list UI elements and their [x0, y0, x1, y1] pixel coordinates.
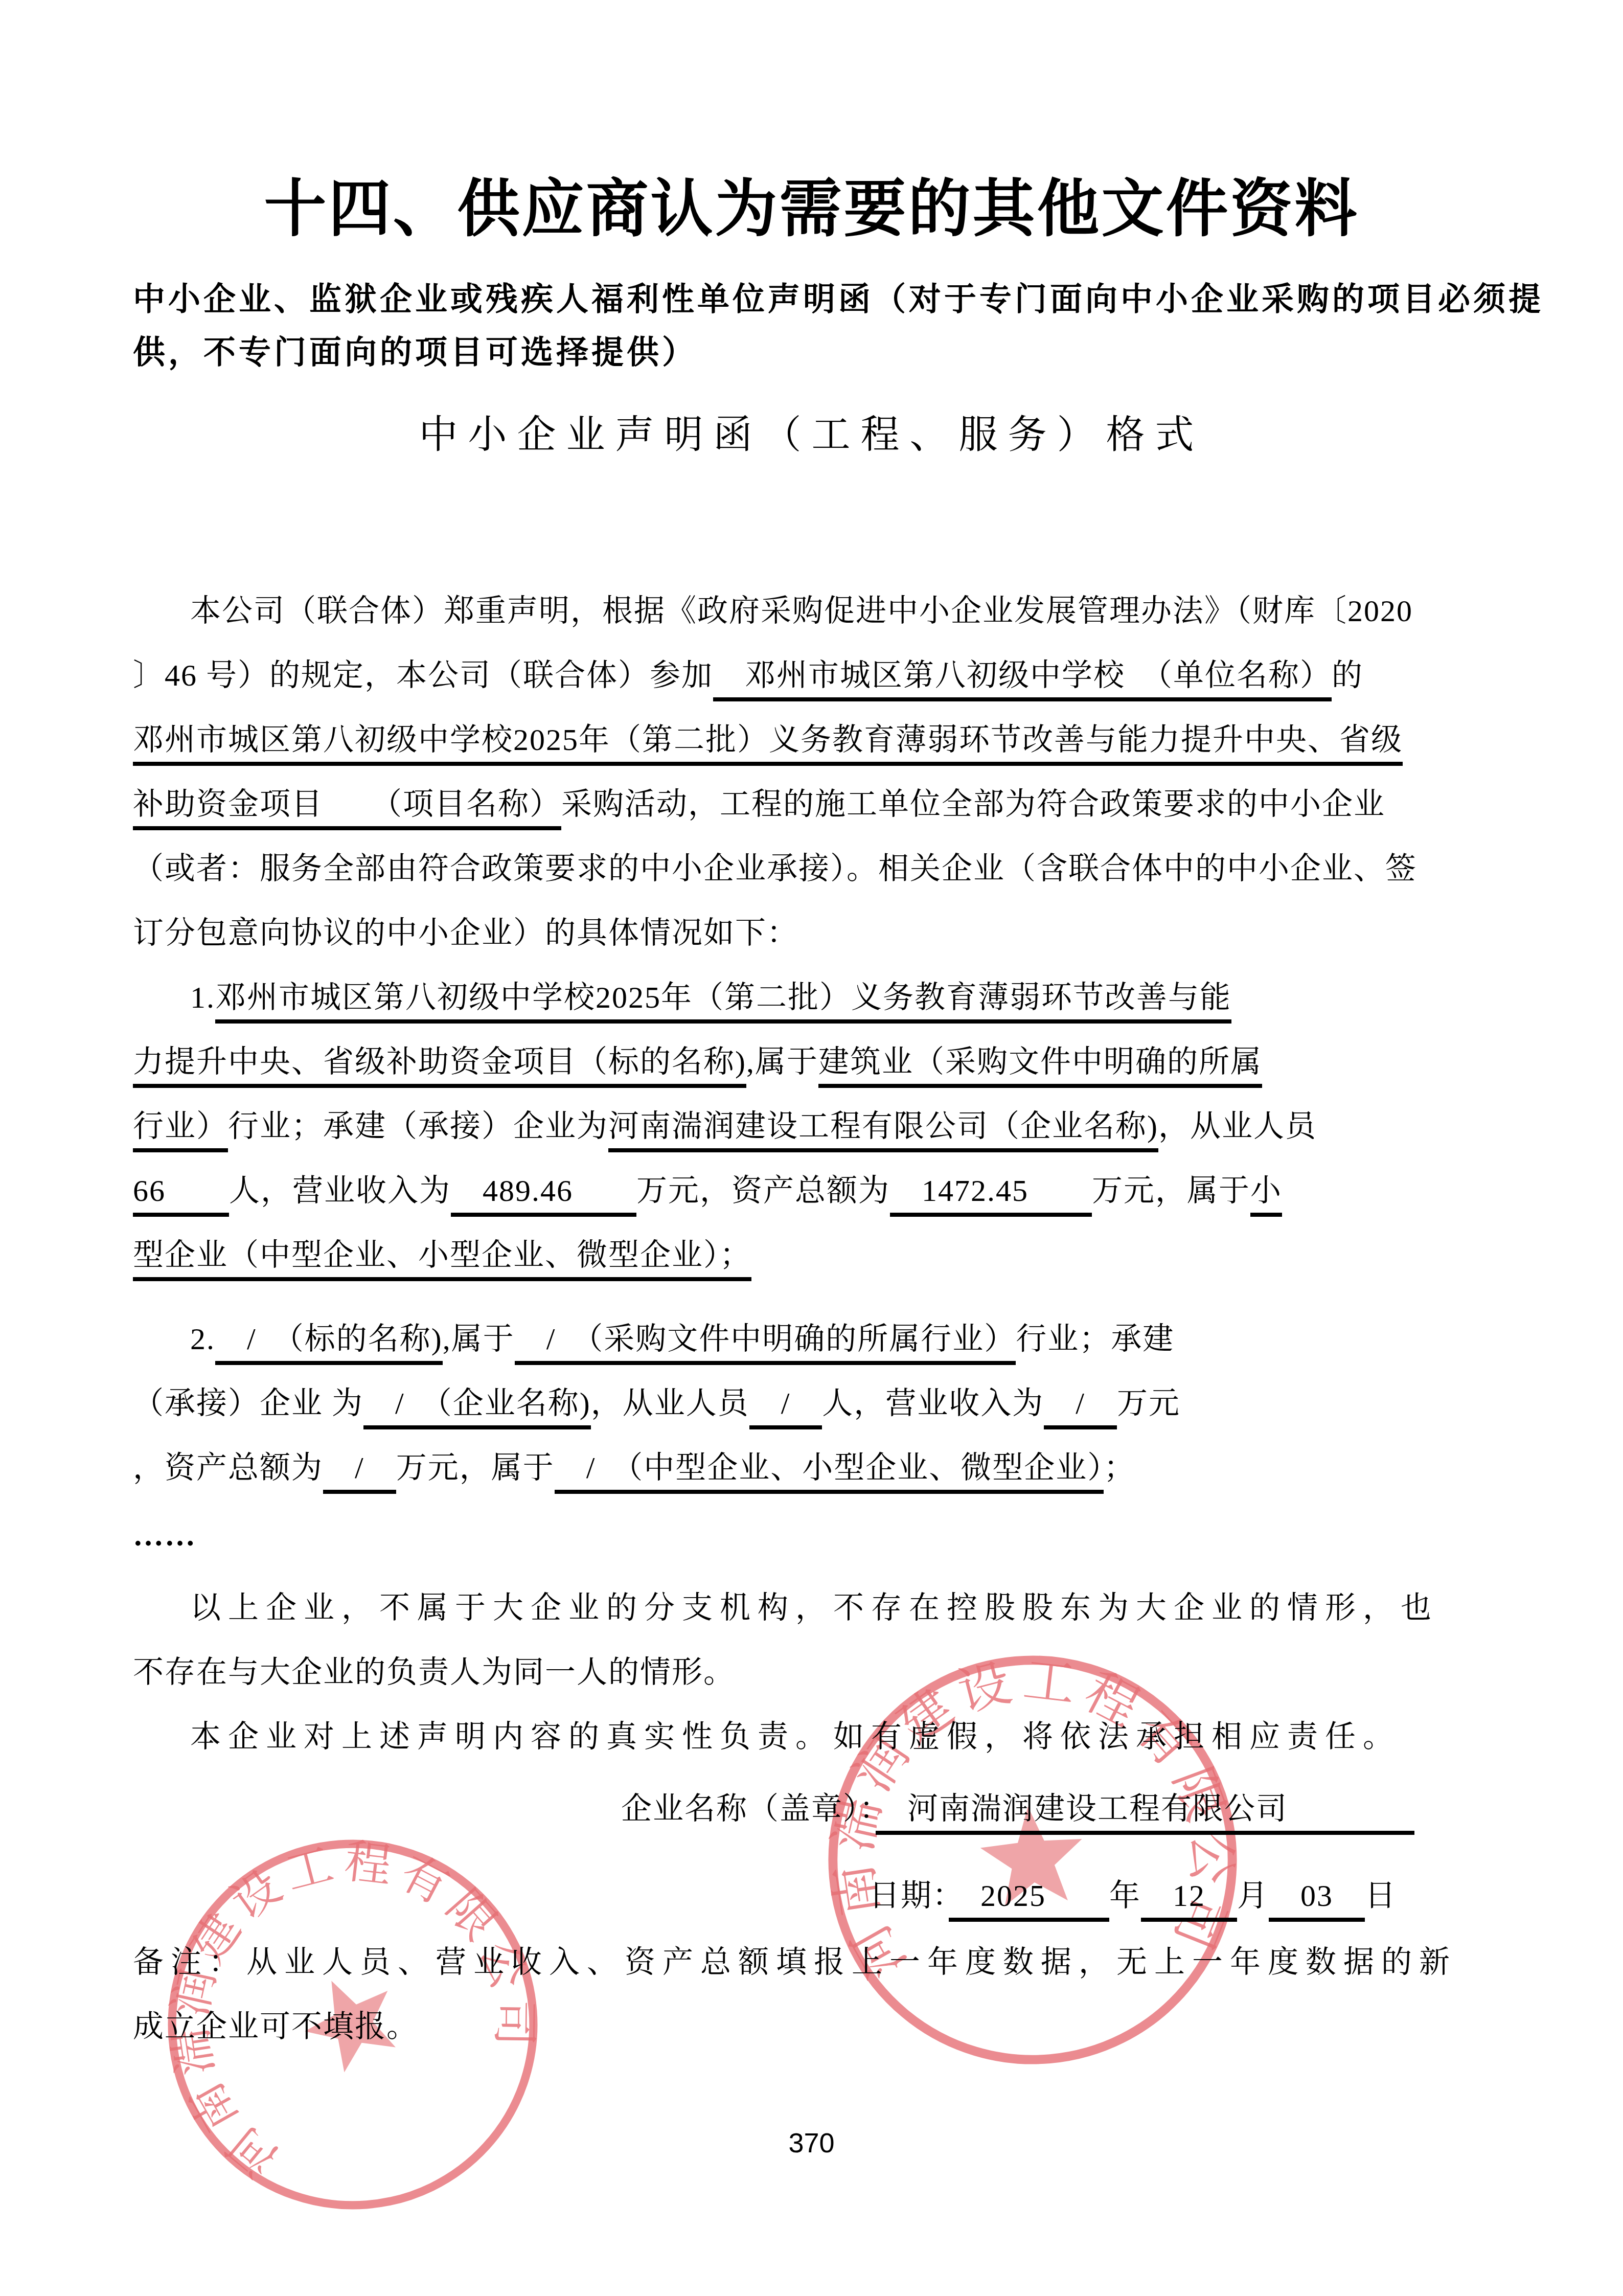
- star-icon: [977, 1802, 1087, 1908]
- text-run: 的: [1332, 658, 1363, 692]
- subtitle-block: 中小企业、监狱企业或残疾人福利性单位声明函（对于专门面向中小企业采购的项目必须提…: [133, 272, 1493, 379]
- filled-blank: 邓州市城区第八初级中学校2025年（第二批）义务教育薄弱环节改善与能力提升中央、…: [133, 723, 1403, 766]
- paragraph-item-1: 1.邓州市城区第八初级中学校2025年（第二批）义务教育薄弱环节改善与能力提升中…: [133, 965, 1493, 1287]
- filled-blank: 邓州市城区第八初级中学校2025年（第二批）义务教育薄弱环节改善与能: [215, 981, 1231, 1024]
- paragraph-declaration: 本公司（联合体）郑重声明，根据《政府采购促进中小企业发展管理办法》（财库〔202…: [133, 579, 1493, 965]
- filled-blank: /: [323, 1451, 396, 1494]
- text-line: ……: [133, 1503, 1493, 1567]
- text-run: ,属于: [746, 1045, 818, 1079]
- text-run: 本公司（联合体）郑重声明，根据《政府采购促进中小企业发展管理办法》（财库〔202…: [190, 594, 1413, 628]
- filled-blank: / （中型企业、小型企业、微型企业）: [555, 1451, 1104, 1494]
- text-line: 型企业（中型企业、小型企业、微型企业）；: [133, 1223, 1493, 1287]
- text-run: 1.: [190, 981, 215, 1014]
- subtitle-line-1: 中小企业、监狱企业或残疾人福利性单位声明函（对于专门面向中小企业采购的项目必须提: [133, 272, 1493, 326]
- filled-blank: 建筑业（采购文件中明确的所属: [818, 1045, 1262, 1088]
- ellipsis-line: ……: [133, 1503, 1493, 1567]
- text-run: 日: [1365, 1879, 1397, 1913]
- text-line: 2. / （标的名称),属于 / （采购文件中明确的所属行业）行业；承建: [133, 1307, 1493, 1371]
- document-page: 十四、供应商认为需要的其他文件资料 中小企业、监狱企业或残疾人福利性单位声明函（…: [0, 0, 1623, 2296]
- text-line: 以上企业，不属于大企业的分支机构，不存在控股股东为大企业的情形，也: [133, 1576, 1493, 1640]
- filled-blank: 型企业（中型企业、小型企业、微型企业）；: [133, 1238, 751, 1281]
- filled-blank: 行业）: [133, 1109, 228, 1152]
- text-line: 本公司（联合体）郑重声明，根据《政府采购促进中小企业发展管理办法》（财库〔202…: [133, 579, 1493, 643]
- filled-blank: 邓州市城区第八初级中学校 （单位名称）: [713, 658, 1332, 701]
- text-line: 补助资金项目 （项目名称）采购活动，工程的施工单位全部为符合政策要求的中小企业: [133, 772, 1493, 836]
- text-run: ，从业人员: [591, 1386, 749, 1420]
- paragraph-item-2: 2. / （标的名称),属于 / （采购文件中明确的所属行业）行业；承建（承接）…: [133, 1307, 1493, 1500]
- text-run: ，资产总额为: [133, 1451, 323, 1485]
- text-run: （或者：服务全部由符合政策要求的中小企业承接）。相关企业（含联合体中的中小企业、…: [133, 852, 1417, 885]
- text-line: 行业）行业；承建（承接）企业为河南湍润建设工程有限公司（企业名称)，从业人员: [133, 1094, 1493, 1158]
- text-line: 订分包意向协议的中小企业）的具体情况如下：: [133, 901, 1493, 965]
- text-run: ，从业人员: [1158, 1109, 1317, 1143]
- text-line: 1.邓州市城区第八初级中学校2025年（第二批）义务教育薄弱环节改善与能: [133, 965, 1493, 1030]
- text-line: ，资产总额为 / 万元，属于 / （中型企业、小型企业、微型企业）；: [133, 1436, 1493, 1500]
- form-title: 中小企业声明函（工程、服务）格式: [0, 407, 1623, 463]
- subtitle-line-2: 供，不专门面向的项目可选择提供）: [133, 326, 1493, 379]
- filled-blank: / （企业名称): [363, 1386, 591, 1429]
- filled-blank: 03: [1269, 1879, 1365, 1922]
- text-run: 〕46 号）的规定，本公司（联合体）参加: [133, 658, 713, 692]
- filled-blank: 小: [1250, 1174, 1282, 1217]
- text-run: 订分包意向协议的中小企业）的具体情况如下：: [133, 916, 798, 950]
- text-line: （承接）企业 为 / （企业名称)，从业人员 / 人，营业收入为 / 万元: [133, 1371, 1493, 1436]
- filled-blank: 66: [133, 1174, 229, 1217]
- text-run: （承接）企业 为: [133, 1386, 363, 1420]
- filled-blank: / （标的名称): [215, 1322, 443, 1365]
- page-number: 370: [0, 2128, 1623, 2158]
- text-run: 以上企业，不属于大企业的分支机构，不存在控股股东为大企业的情形，也: [190, 1591, 1438, 1625]
- text-line: 力提升中央、省级补助资金项目（标的名称),属于建筑业（采购文件中明确的所属: [133, 1030, 1493, 1094]
- text-run: ……: [133, 1518, 196, 1552]
- section-title: 十四、供应商认为需要的其他文件资料: [0, 169, 1623, 251]
- company-seal-stamp: 河南湍润建设工程有限公司: [800, 1627, 1265, 2093]
- filled-blank: 力提升中央、省级补助资金项目（标的名称): [133, 1045, 746, 1088]
- text-run: 万元，资产总额为: [636, 1174, 890, 1208]
- text-line: 邓州市城区第八初级中学校2025年（第二批）义务教育薄弱环节改善与能力提升中央、…: [133, 708, 1493, 772]
- filled-blank: 补助资金项目 （项目名称）: [133, 787, 561, 830]
- filled-blank: / （采购文件中明确的所属行业）: [515, 1322, 1016, 1365]
- filled-blank: 489.46: [451, 1174, 636, 1217]
- filled-blank: 河南湍润建设工程有限公司（企业名称): [608, 1109, 1158, 1152]
- text-line: 〕46 号）的规定，本公司（联合体）参加 邓州市城区第八初级中学校 （单位名称）…: [133, 643, 1493, 708]
- text-line: （或者：服务全部由符合政策要求的中小企业承接）。相关企业（含联合体中的中小企业、…: [133, 836, 1493, 901]
- filled-blank: 1472.45: [890, 1174, 1092, 1217]
- text-run: 行业；承建: [1016, 1322, 1174, 1356]
- star-icon: [290, 1961, 412, 2080]
- text-run: 万元，属于: [1092, 1174, 1250, 1208]
- filled-blank: /: [749, 1386, 822, 1429]
- text-run: 2.: [190, 1322, 215, 1356]
- text-run: ,属于: [443, 1322, 515, 1356]
- text-run: ；: [1104, 1451, 1135, 1485]
- text-run: 采购活动，工程的施工单位全部为符合政策要求的中小企业: [561, 787, 1385, 821]
- text-run: 不存在与大企业的负责人为同一人的情形。: [133, 1655, 735, 1689]
- text-run: 人，营业收入为: [229, 1174, 451, 1208]
- text-run: 万元: [1117, 1386, 1180, 1420]
- text-run: 行业；承建（承接）企业为: [228, 1109, 608, 1143]
- filled-blank: /: [1044, 1386, 1117, 1429]
- text-run: 人，营业收入为: [822, 1386, 1044, 1420]
- text-line: 66 人，营业收入为 489.46 万元，资产总额为 1472.45 万元，属于…: [133, 1158, 1493, 1223]
- text-run: 万元，属于: [396, 1451, 555, 1485]
